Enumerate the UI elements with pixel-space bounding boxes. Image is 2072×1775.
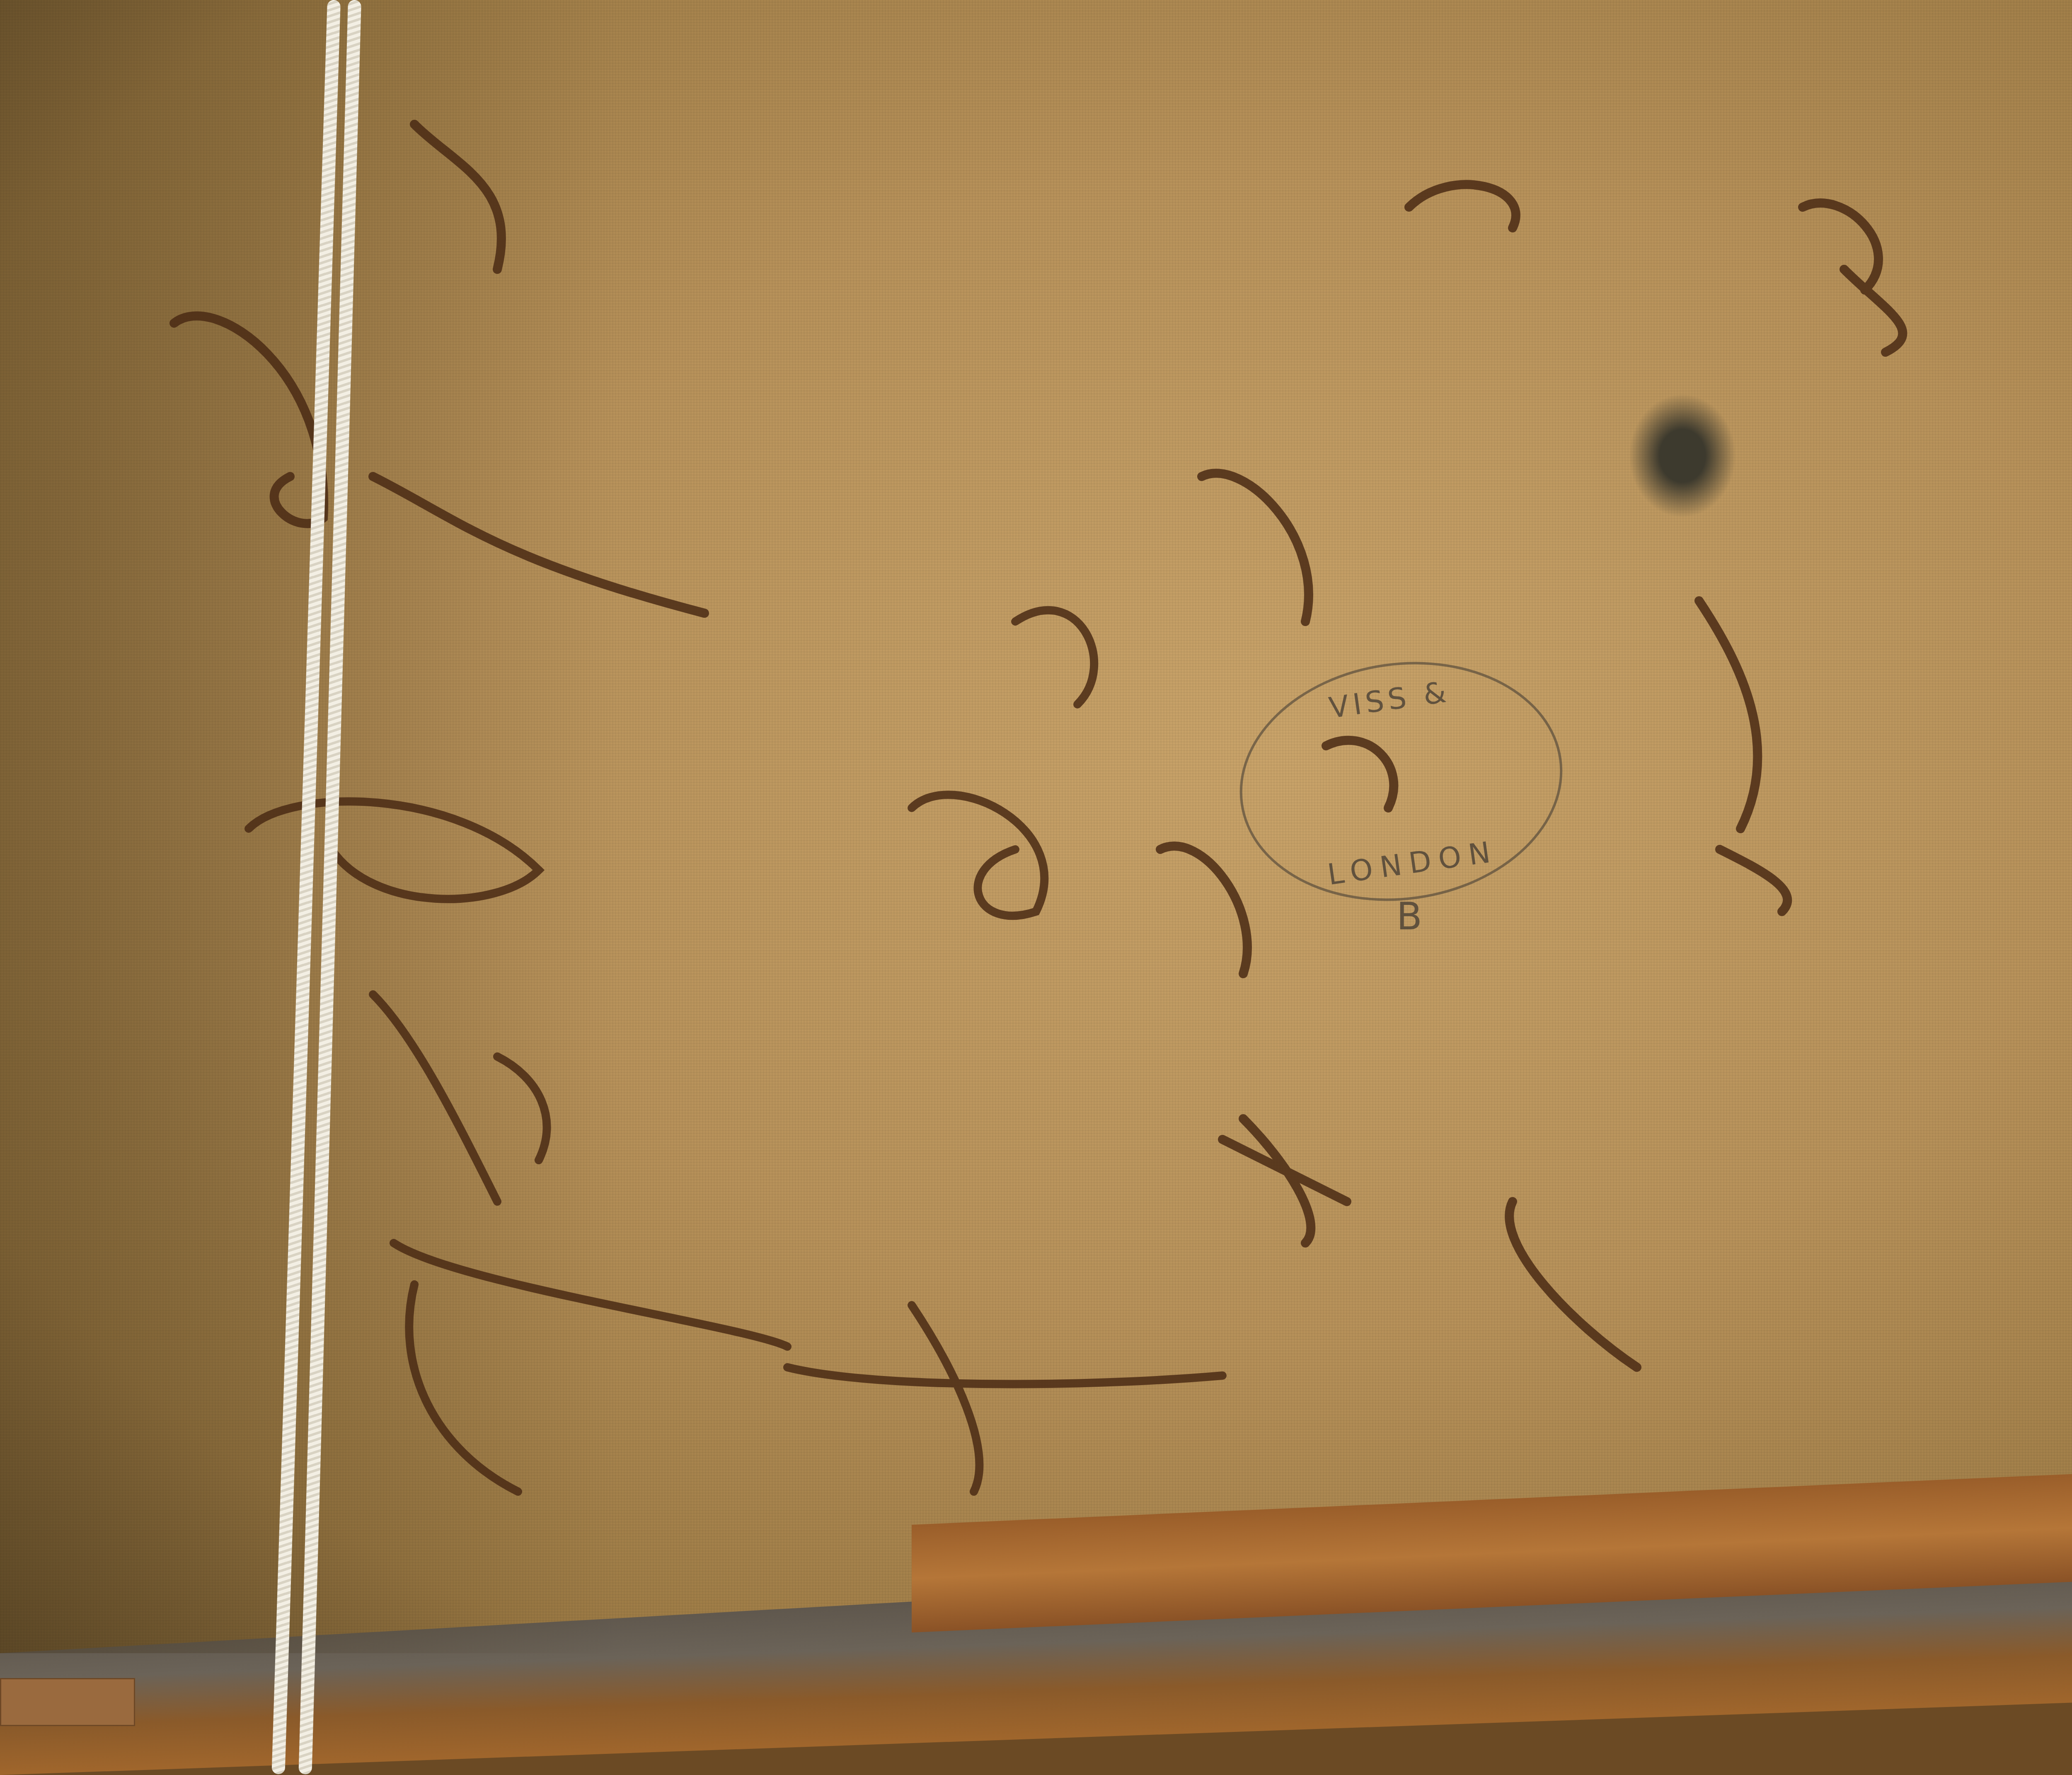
corner-key-wedge — [0, 1678, 135, 1726]
inscription-line-1 — [174, 124, 704, 613]
stamp-size-letter: B — [1397, 895, 1422, 938]
inscription-line-4 — [1509, 203, 1903, 1367]
inscription-line-2 — [787, 610, 1222, 1492]
